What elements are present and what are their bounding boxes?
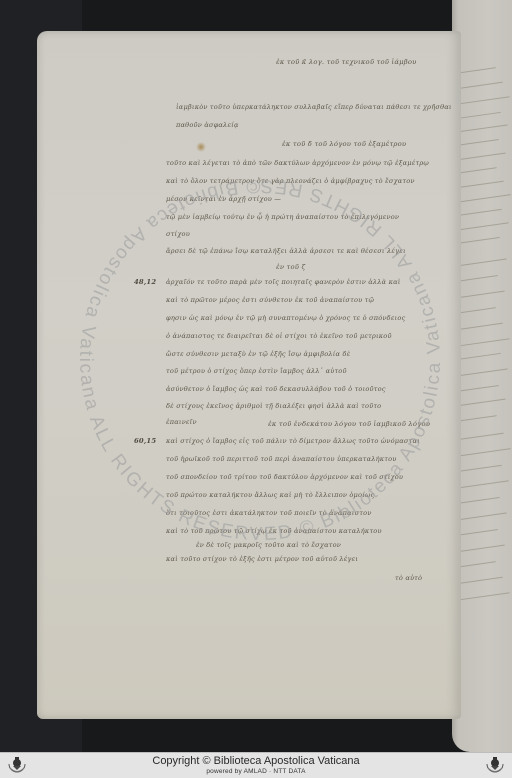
- copyright-text: Copyright © Biblioteca Apostolica Vatica…: [0, 755, 512, 767]
- footer-bar: Copyright © Biblioteca Apostolica Vatica…: [0, 752, 512, 778]
- text-line: καὶ τοῦτο στίχον τὸ ἑξῆς ἐστι μέτρον τοῦ…: [166, 555, 358, 563]
- subheading: ἐκ τοῦ δ̄ τοῦ λόγου τοῦ ἐξαμέτρου: [282, 140, 406, 148]
- text-line: στίχου: [166, 230, 190, 238]
- text-line: τοῦ σπονδείου τοῦ τρίτου τοῦ δακτύλου ἀρ…: [166, 473, 403, 481]
- text-line: καὶ στίχος ὁ ἴαμβος εἰς τοῦ πάλιν τὸ δίμ…: [166, 437, 420, 445]
- subheading: ἐν τοῦ ζ̄: [276, 263, 305, 271]
- text-line: παθοῦν ἀσφαλείᾳ: [176, 121, 239, 129]
- text-line: ἄρσει δὲ τῷ ἐπάνω ἴσῳ καταλήξει ἀλλὰ ἀρσ…: [166, 247, 406, 255]
- text-line: ἐν δὲ τοῖς μακροῖς τοῦτο καὶ τὸ ἔσχατον: [196, 541, 341, 549]
- vatican-library-logo-icon: [484, 755, 506, 777]
- header-line: ἐκ τοῦ κ̄ λογ. τοῦ τεχνικοῦ τοῦ ἰάμβου: [276, 58, 417, 66]
- text-line: καὶ τὸ ὅλον τετράμετρον ὅτε γὰρ πλεονάζε…: [166, 177, 415, 185]
- text-line: ἀρχαῖόν τε τοῦτο παρὰ μὲν τοῖς ποιηταῖς …: [166, 278, 401, 286]
- manuscript-page: [37, 31, 461, 719]
- text-line: καὶ τὸ πρῶτον μέρος ἐστι σύνθετον ἐκ τοῦ…: [166, 296, 374, 304]
- text-line: τῷ μὲν ἰαμβείῳ τούτῳ ἐν ᾧ ἡ πρώτη ἀναπαί…: [166, 213, 399, 221]
- text-line: ἐπαινεῖν: [166, 418, 197, 426]
- margin-reference: 48,12: [134, 278, 156, 286]
- text-line: δὲ στίχους ἐκεῖνος ἀριθμοὶ τῇ διαλέξει φ…: [166, 402, 381, 410]
- catchword: τὸ αὐτὸ: [395, 574, 422, 582]
- margin-reference: 60,15: [134, 437, 156, 445]
- text-line: καὶ τὸ τοῦ πρώτου τῷ στίχῳ ἐκ τοῦ ἀναπαί…: [166, 527, 382, 535]
- image-viewer[interactable]: ἐκ τοῦ κ̄ λογ. τοῦ τεχνικοῦ τοῦ ἰάμβου ἰ…: [0, 0, 512, 752]
- text-line: ἰαμβικὸν τοῦτο ὑπερκατάληκτον συλλαβαῖς …: [176, 103, 452, 111]
- ink-stain: [196, 142, 206, 152]
- text-line: τοῦ πρώτου καταλήκτου ἄλλως καὶ μὴ τὸ ἔλ…: [166, 491, 374, 499]
- subheading: ἐκ τοῦ ἐνδεκάτου λόγου τοῦ ἰαμβικοῦ λόγο…: [268, 420, 430, 428]
- text-line: φησιν ὡς καὶ μόνῳ ἐν τῷ μὴ συναπτομένῳ ὁ…: [166, 314, 405, 322]
- text-line: τοῦτο καὶ λέγεται τὸ ἀπὸ τῶν δακτύλων ἀρ…: [166, 159, 429, 167]
- text-line: τοῦ ἡρωϊκοῦ τοῦ περιττοῦ τοῦ περὶ ἀναπαί…: [166, 455, 397, 463]
- text-line: ὅτι τοιοῦτος ἐστι ἀκατάληκτον τοῦ ποιεῖν…: [166, 509, 372, 517]
- text-line: μέσον κεῖνται ἐν ἀρχῇ στίχου —: [166, 195, 281, 203]
- text-line: ἀσύνθετον ὁ ἴαμβος ὡς καὶ τοῦ δεκασυλλάβ…: [166, 385, 386, 393]
- text-line: τοῦ μέτρου ὁ στίχος ὅπερ ἐστὶν ἴαμβος ἀλ…: [166, 367, 347, 375]
- powered-by-text: powered by AMLAD · NTT DATA: [0, 768, 512, 775]
- text-line: ὥστε σύνθεσιν μεταξὺ ἐν τῷ ἑξῆς ἴσῳ ἀμφι…: [166, 350, 350, 358]
- facing-page: [452, 0, 512, 752]
- text-line: ὁ ἀνάπαιστος τε διαιρεῖται δὲ οἱ στίχοι …: [166, 332, 392, 340]
